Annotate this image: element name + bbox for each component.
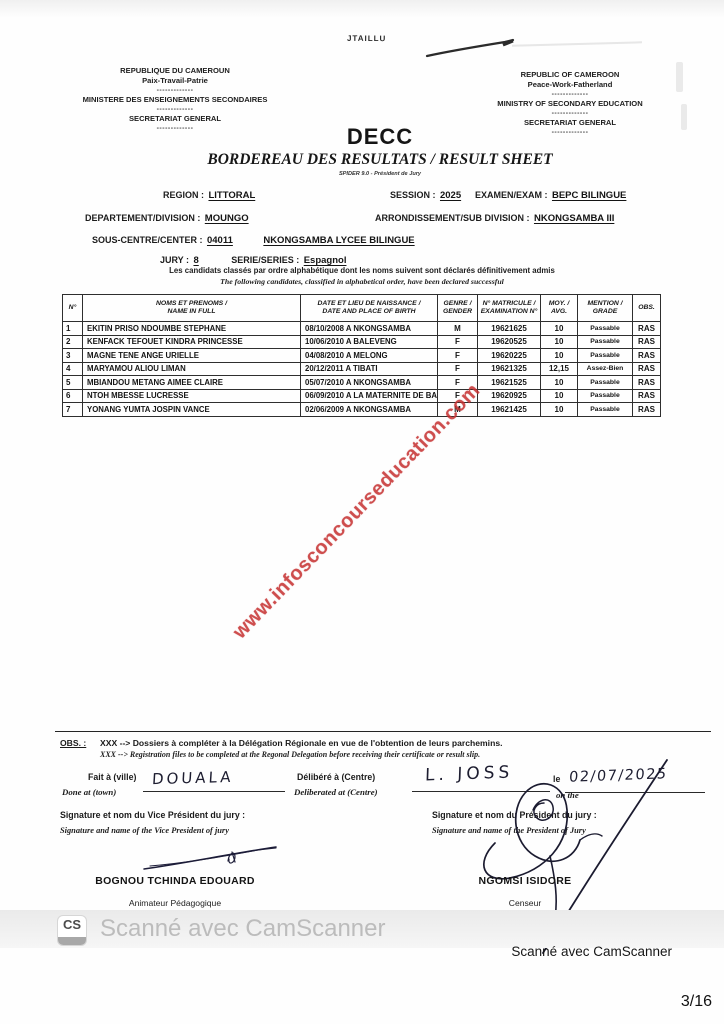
division-label: DEPARTEMENT/DIVISION : (85, 213, 200, 223)
done-at-label-en: Done at (town) (62, 787, 116, 797)
cell-birth: 05/07/2010 A NKONGSAMBA (301, 376, 438, 390)
document-subtitle: SPIDER 9.0 - Président de Jury (230, 171, 530, 177)
vice-president-name: BOGNOU TCHINDA EDOUARD (80, 875, 270, 887)
obs-text-english: XXX --> Registration files to be complet… (100, 750, 480, 759)
table-header-row: N°NOMS ET PRENOMS /NAME IN FULLDATE ET L… (63, 295, 661, 322)
header-line: MINISTRY OF SECONDARY EDUCATION (420, 99, 720, 109)
cell-name: EKITIN PRISO NDOUMBE STEPHANE (83, 322, 301, 336)
header-french: REPUBLIQUE DU CAMEROUN Paix-Travail-Patr… (25, 66, 325, 133)
cut-off-text-fragment: JTAILLU (347, 34, 386, 43)
cell-mention: Assez-Bien (578, 362, 633, 376)
series-label: SERIE/SERIES : (231, 255, 299, 265)
column-header: GENRE /GENDER (438, 295, 478, 322)
table-row: 5MBIANDOU METANG AIMEE CLAIRE05/07/2010 … (63, 376, 661, 390)
notice-french: Les candidats classés par ordre alphabét… (62, 266, 662, 275)
fill-in-line (143, 791, 285, 792)
table-row: 6NTOH MBESSE LUCRESSE06/09/2010 A LA MAT… (63, 389, 661, 403)
cell-avg: 10 (541, 403, 578, 417)
cell-birth: 08/10/2008 A NKONGSAMBA (301, 322, 438, 336)
header-line: SECRETARIAT GENERAL (25, 114, 325, 124)
camscanner-logo-icon: CS (58, 916, 86, 945)
separator-dashes: ------------- (420, 90, 720, 99)
separator-dashes: ------------- (25, 86, 325, 95)
table-row: 2KENFACK TEFOUET KINDRA PRINCESSE10/06/2… (63, 335, 661, 349)
horizontal-rule (55, 731, 711, 732)
header-line: MINISTERE DES ENSEIGNEMENTS SECONDAIRES (25, 95, 325, 105)
deliberated-label-en: Deliberated at (Centre) (294, 787, 378, 797)
cell-num: 2 (63, 335, 83, 349)
cell-birth: 06/09/2010 A LA MATERNITE DE BAREH (301, 389, 438, 403)
center-name: NKONGSAMBA LYCEE BILINGUE (263, 235, 414, 246)
exam-field: EXAMEN/EXAM : BEPC BILINGUE (475, 185, 626, 203)
center-field: SOUS-CENTRE/CENTER : 04011 NKONGSAMBA LY… (92, 230, 415, 248)
region-field: REGION : LITTORAL (163, 185, 255, 203)
cell-mention: Passable (578, 403, 633, 417)
column-header: NOMS ET PRENOMS /NAME IN FULL (83, 295, 301, 322)
subdivision-field: ARRONDISSEMENT/SUB DIVISION : NKONGSAMBA… (375, 208, 614, 226)
header-line: Paix-Travail-Patrie (25, 76, 325, 86)
separator-dashes: ------------- (420, 109, 720, 118)
header-line: Peace-Work-Fatherland (420, 80, 720, 90)
cell-mention: Passable (578, 389, 633, 403)
cell-num: 1 (63, 322, 83, 336)
cell-obs: RAS (633, 322, 661, 336)
cell-mention: Passable (578, 349, 633, 363)
cell-matricule: 19621625 (478, 322, 541, 336)
president-role: Censeur (430, 898, 620, 908)
column-header: MOY. /AVG. (541, 295, 578, 322)
cell-num: 6 (63, 389, 83, 403)
cell-mention: Passable (578, 376, 633, 390)
header-line: REPUBLIC OF CAMEROON (420, 70, 720, 80)
table-row: 7YONANG YUMTA JOSPIN VANCE02/06/2009 A N… (63, 403, 661, 417)
camscanner-footer-text: Scanné avec CamScanner (0, 944, 672, 959)
session-label: SESSION : (390, 190, 436, 200)
vice-president-title-fr: Signature et nom du Vice Président du ju… (60, 810, 245, 820)
obs-label: OBS. : (60, 738, 86, 748)
exam-value: BEPC BILINGUE (552, 190, 626, 201)
jury-value: 8 (193, 255, 198, 266)
cell-birth: 10/06/2010 A BALEVENG (301, 335, 438, 349)
done-at-label-fr: Fait à (ville) (88, 772, 136, 782)
cell-avg: 12,15 (541, 362, 578, 376)
vice-president-role: Animateur Pédagogique (80, 898, 270, 908)
session-field: SESSION : 2025 (390, 185, 461, 203)
document-title: BORDEREAU DES RESULTATS / RESULT SHEET (110, 151, 650, 169)
cell-name: KENFACK TEFOUET KINDRA PRINCESSE (83, 335, 301, 349)
cell-matricule: 19620525 (478, 335, 541, 349)
scan-top-shadow (0, 0, 724, 18)
cell-gender: F (438, 362, 478, 376)
center-code: 04011 (207, 235, 233, 246)
cell-avg: 10 (541, 389, 578, 403)
table-row: 3MAGNE TENE ANGE URIELLE04/08/2010 A MEL… (63, 349, 661, 363)
region-label: REGION : (163, 190, 204, 200)
separator-dashes: ------------- (25, 105, 325, 114)
cell-gender: M (438, 322, 478, 336)
cell-num: 4 (63, 362, 83, 376)
camscanner-badge: CS (58, 917, 86, 932)
column-header: DATE ET LIEU DE NAISSANCE /DATE AND PLAC… (301, 295, 438, 322)
cell-avg: 10 (541, 335, 578, 349)
cell-name: YONANG YUMTA JOSPIN VANCE (83, 403, 301, 417)
deliberated-label-fr: Délibéré à (Centre) (297, 772, 375, 782)
cell-birth: 04/08/2010 A MELONG (301, 349, 438, 363)
cell-avg: 10 (541, 322, 578, 336)
cell-obs: RAS (633, 403, 661, 417)
notice-english: The following candidates, classified in … (62, 277, 662, 286)
scan-page-number: 3/16 (0, 993, 712, 1011)
column-header: N° MATRICULE /EXAMINATION N° (478, 295, 541, 322)
cell-obs: RAS (633, 376, 661, 390)
region-value: LITTORAL (208, 190, 255, 201)
cell-obs: RAS (633, 389, 661, 403)
center-label: SOUS-CENTRE/CENTER : (92, 235, 203, 245)
cell-avg: 10 (541, 349, 578, 363)
division-value: MOUNGO (205, 213, 249, 224)
jury-label: JURY : (160, 255, 189, 265)
column-header: MENTION /GRADE (578, 295, 633, 322)
cell-gender: F (438, 349, 478, 363)
cell-obs: RAS (633, 335, 661, 349)
pen-streak-mark (425, 38, 520, 60)
header-line: REPUBLIQUE DU CAMEROUN (25, 66, 325, 76)
series-value: Espagnol (304, 255, 347, 266)
done-at-handwritten: DOUALA (151, 768, 234, 788)
division-field: DEPARTEMENT/DIVISION : MOUNGO (85, 208, 249, 226)
camscanner-bar-text: Scanné avec CamScanner (100, 915, 386, 943)
faint-scan-streak (512, 41, 642, 46)
cell-mention: Passable (578, 335, 633, 349)
president-name: NGOMSI ISIDORE (430, 875, 620, 887)
cell-name: MBIANDOU METANG AIMEE CLAIRE (83, 376, 301, 390)
exam-label: EXAMEN/EXAM : (475, 190, 548, 200)
cell-name: NTOH MBESSE LUCRESSE (83, 389, 301, 403)
cell-num: 5 (63, 376, 83, 390)
column-header: OBS. (633, 295, 661, 322)
column-header: N° (63, 295, 83, 322)
table-row: 4MARYAMOU ALIOU LIMAN20/12/2011 A TIBATI… (63, 362, 661, 376)
vice-president-title-en: Signature and name of the Vice President… (60, 826, 229, 835)
scanned-result-sheet: JTAILLU REPUBLIQUE DU CAMEROUN Paix-Trav… (0, 0, 724, 1024)
cell-num: 3 (63, 349, 83, 363)
cell-obs: RAS (633, 349, 661, 363)
cell-birth: 20/12/2011 A TIBATI (301, 362, 438, 376)
org-title: DECC (230, 124, 530, 150)
cell-num: 7 (63, 403, 83, 417)
cell-name: MAGNE TENE ANGE URIELLE (83, 349, 301, 363)
cell-matricule: 19621425 (478, 403, 541, 417)
subdivision-value: NKONGSAMBA III (534, 213, 614, 224)
vice-president-signature (140, 840, 285, 874)
cell-birth: 02/06/2009 A NKONGSAMBA (301, 403, 438, 417)
table-row: 1EKITIN PRISO NDOUMBE STEPHANE08/10/2008… (63, 322, 661, 336)
cell-obs: RAS (633, 362, 661, 376)
obs-text-french: XXX --> Dossiers à compléter à la Déléga… (100, 738, 502, 748)
cell-mention: Passable (578, 322, 633, 336)
cell-avg: 10 (541, 376, 578, 390)
session-value: 2025 (440, 190, 461, 201)
subdivision-label: ARRONDISSEMENT/SUB DIVISION : (375, 213, 530, 223)
results-table: N°NOMS ET PRENOMS /NAME IN FULLDATE ET L… (62, 294, 661, 417)
cell-name: MARYAMOU ALIOU LIMAN (83, 362, 301, 376)
cell-gender: F (438, 335, 478, 349)
